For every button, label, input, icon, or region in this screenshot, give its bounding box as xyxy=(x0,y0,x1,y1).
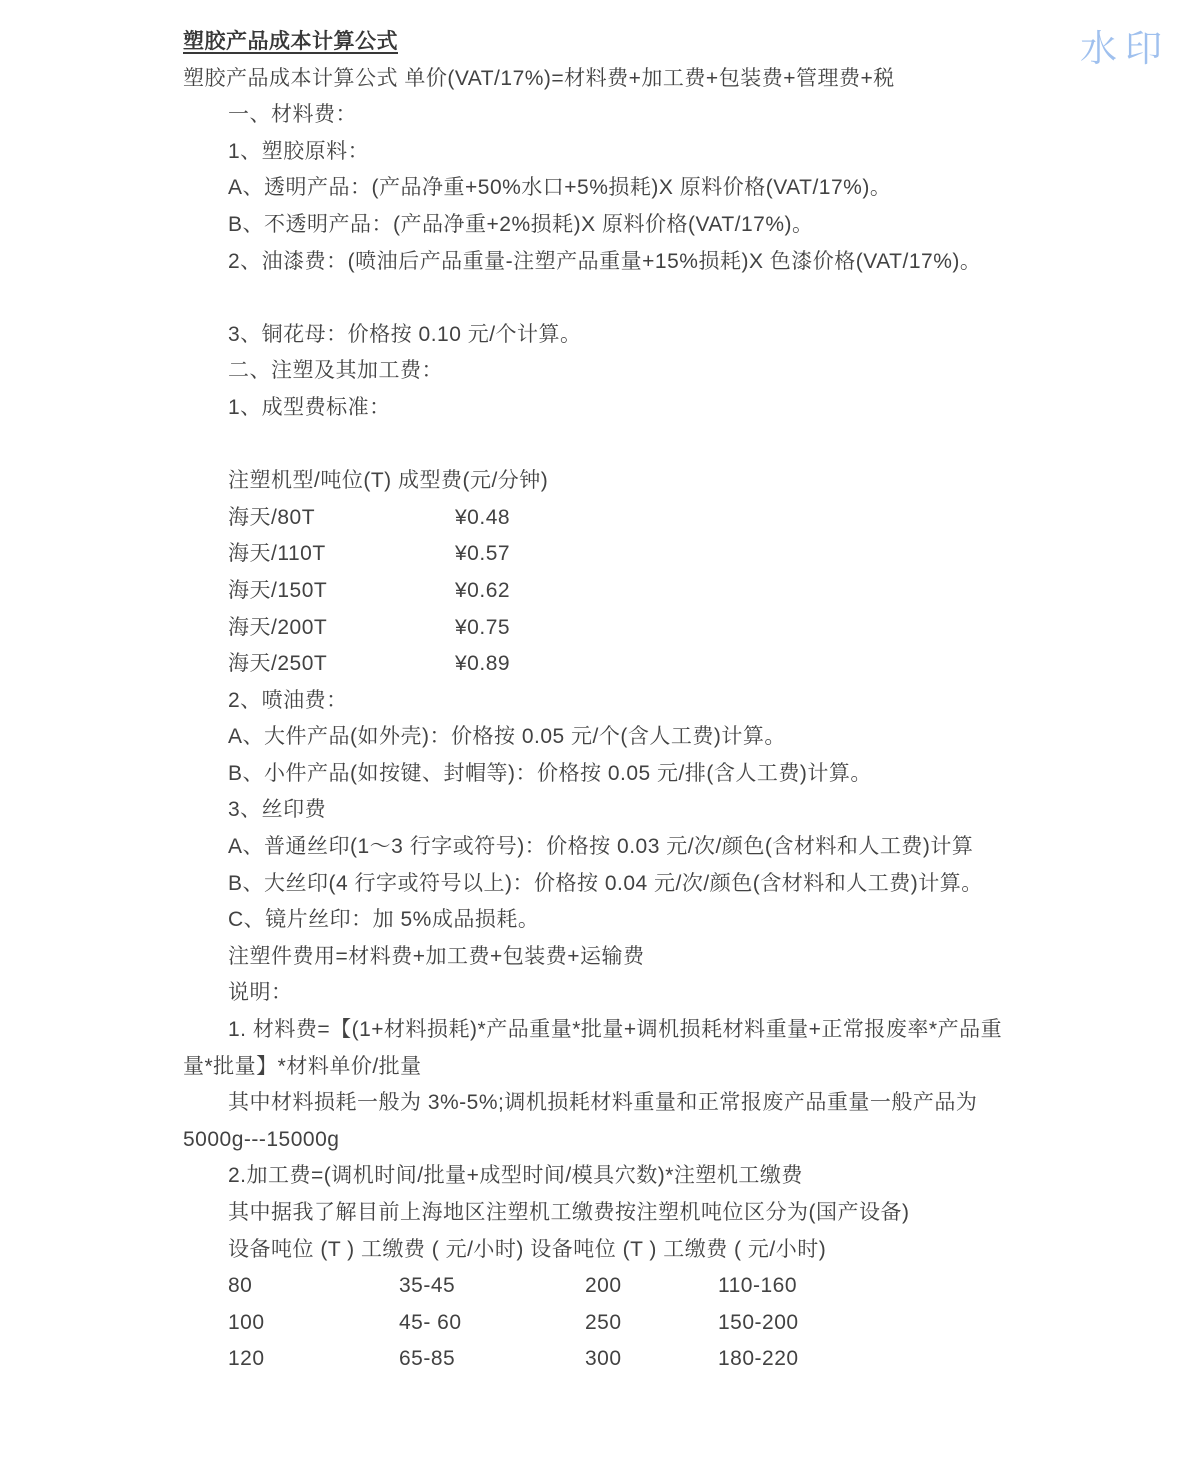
fee-cell: ¥0.89 xyxy=(455,652,510,675)
machine-cell: 海天/250T xyxy=(228,646,455,683)
labor-fee-cell: 35-45 xyxy=(399,1268,585,1305)
document-body: 塑胶产品成本计算公式 塑胶产品成本计算公式 单价(VAT/17%)=材料费+加工… xyxy=(183,24,1184,1378)
section-molding-processing-fee-heading: 二、注塑及其加工费： xyxy=(183,353,1184,390)
tonnage-cell: 250 xyxy=(585,1305,718,1342)
fee-cell: ¥0.48 xyxy=(455,506,510,529)
table-row: 海天/150T¥0.62 xyxy=(183,573,1184,610)
table-row: 海天/80T¥0.48 xyxy=(183,500,1184,537)
blank-line xyxy=(183,427,1184,464)
machine-cell: 海天/80T xyxy=(228,500,455,537)
document-title-line: 塑胶产品成本计算公式 xyxy=(183,24,1184,61)
plastic-raw-material-heading: 1、塑胶原料： xyxy=(183,134,1184,171)
material-loss-note-part1: 其中材料损耗一般为 3%-5%;调机损耗材料重量和正常报废产品重量一般产品为 xyxy=(183,1085,1184,1122)
forming-fee-standard-heading: 1、成型费标准： xyxy=(183,390,1184,427)
machine-cell: 海天/110T xyxy=(228,536,455,573)
silkscreen-normal-line: A、普通丝印(1～3 行字或符号)：价格按 0.03 元/次/颜色(含材料和人工… xyxy=(183,829,1184,866)
spray-fee-heading: 2、喷油费： xyxy=(183,683,1184,720)
machine-cell: 海天/200T xyxy=(228,610,455,647)
table-row: 8035-45200110-160 xyxy=(183,1268,1184,1305)
blank-line xyxy=(183,280,1184,317)
table-row: 海天/110T¥0.57 xyxy=(183,536,1184,573)
machine-cell: 海天/150T xyxy=(228,573,455,610)
transparent-product-formula: A、透明产品：(产品净重+50%水口+5%损耗)X 原料价格(VAT/17%)。 xyxy=(183,170,1184,207)
section-material-fee-heading: 一、材料费： xyxy=(183,97,1184,134)
labor-fee-cell: 180-220 xyxy=(718,1347,799,1370)
table-row: 10045- 60250150-200 xyxy=(183,1305,1184,1342)
material-loss-note-part2: 5000g---15000g xyxy=(183,1122,1184,1159)
tonnage-cell: 100 xyxy=(228,1305,399,1342)
copper-insert-fee-line: 3、铜花母：价格按 0.10 元/个计算。 xyxy=(183,317,1184,354)
fee-cell: ¥0.75 xyxy=(455,616,510,639)
paint-fee-formula: 2、油漆费：(喷油后产品重量-注塑产品重量+15%损耗)X 色漆价格(VAT/1… xyxy=(183,244,1184,281)
opaque-product-formula: B、不透明产品：(产品净重+2%损耗)X 原料价格(VAT/17%)。 xyxy=(183,207,1184,244)
spray-fee-large-product-line: A、大件产品(如外壳)：价格按 0.05 元/个(含人工费)计算。 xyxy=(183,719,1184,756)
labor-fee-cell: 110-160 xyxy=(718,1274,797,1297)
table-row: 海天/200T¥0.75 xyxy=(183,610,1184,647)
forming-fee-table-header: 注塑机型/吨位(T) 成型费(元/分钟) xyxy=(183,463,1184,500)
labor-fee-cell: 150-200 xyxy=(718,1311,799,1334)
silkscreen-fee-heading: 3、丝印费 xyxy=(183,792,1184,829)
tonnage-cell: 300 xyxy=(585,1341,718,1378)
tonnage-cell: 80 xyxy=(228,1268,399,1305)
fee-cell: ¥0.62 xyxy=(455,579,510,602)
material-fee-formula-part1: 1. 材料费=【(1+材料损耗)*产品重量*批量+调机损耗材料重量+正常报废率*… xyxy=(183,1012,1184,1049)
table-row: 12065-85300180-220 xyxy=(183,1341,1184,1378)
labor-fee-cell: 45- 60 xyxy=(399,1305,585,1342)
shanghai-labor-fee-note: 其中据我了解目前上海地区注塑机工缴费按注塑机吨位区分为(国产设备) xyxy=(183,1195,1184,1232)
spray-fee-small-product-line: B、小件产品(如按键、封帽等)：价格按 0.05 元/排(含人工费)计算。 xyxy=(183,756,1184,793)
processing-fee-formula: 2.加工费=(调机时间/批量+成型时间/模具穴数)*注塑机工缴费 xyxy=(183,1158,1184,1195)
tonnage-cell: 120 xyxy=(228,1341,399,1378)
silkscreen-lens-line: C、镜片丝印：加 5%成品损耗。 xyxy=(183,902,1184,939)
tonnage-cell: 200 xyxy=(585,1268,718,1305)
explanation-heading: 说明： xyxy=(183,975,1184,1012)
document-title: 塑胶产品成本计算公式 xyxy=(183,30,398,53)
labor-fee-table-header: 设备吨位 (T ) 工缴费 ( 元/小时) 设备吨位 (T ) 工缴费 ( 元/… xyxy=(183,1232,1184,1269)
silkscreen-large-line: B、大丝印(4 行字或符号以上)：价格按 0.04 元/次/颜色(含材料和人工费… xyxy=(183,866,1184,903)
material-fee-formula-part2: 量*批量】*材料单价/批量 xyxy=(183,1049,1184,1086)
molded-part-cost-formula: 注塑件费用=材料费+加工费+包装费+运输费 xyxy=(183,939,1184,976)
fee-cell: ¥0.57 xyxy=(455,542,510,565)
table-row: 海天/250T¥0.89 xyxy=(183,646,1184,683)
cost-formula-line: 塑胶产品成本计算公式 单价(VAT/17%)=材料费+加工费+包装费+管理费+税 xyxy=(183,61,1184,98)
labor-fee-cell: 65-85 xyxy=(399,1341,585,1378)
